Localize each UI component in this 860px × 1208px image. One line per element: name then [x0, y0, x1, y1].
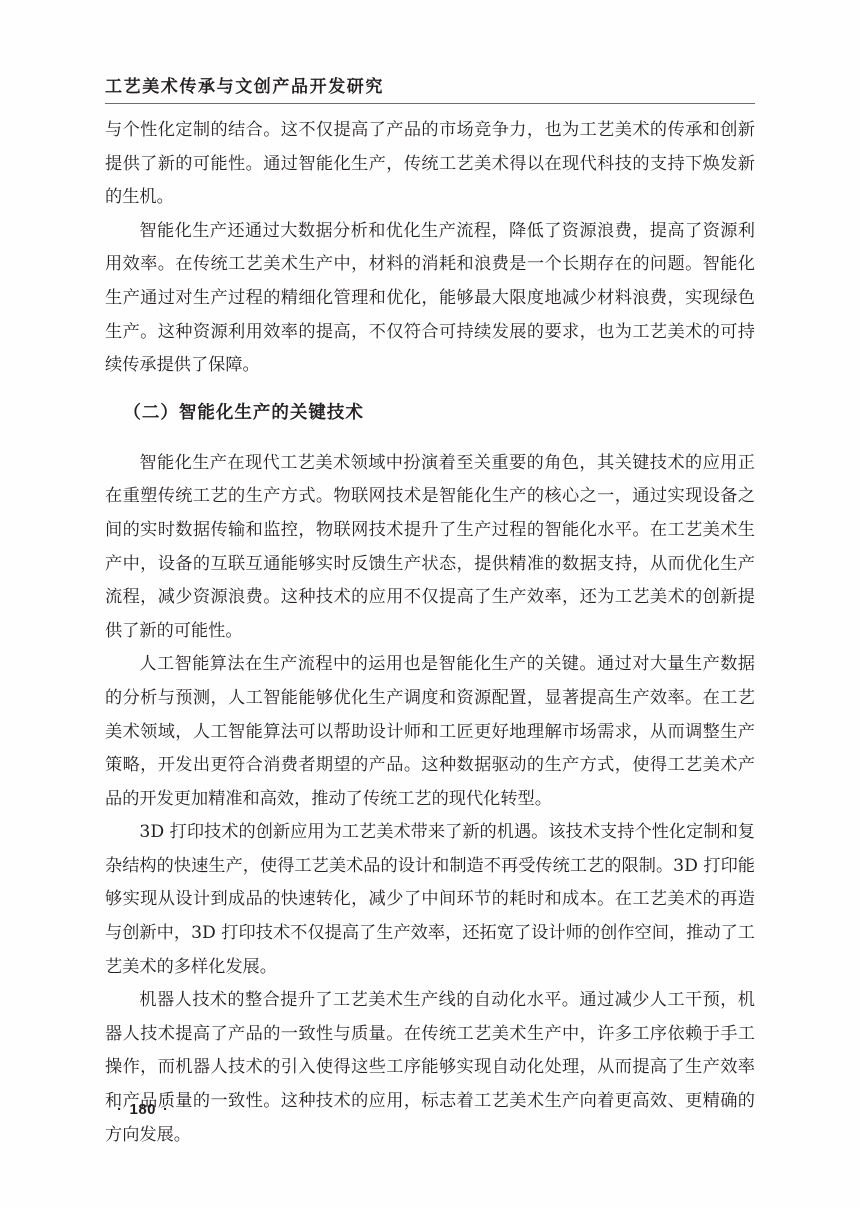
paragraph-continued: 与个性化定制的结合。这不仅提高了产品的市场竞争力，也为工艺美术的传承和创新提供了… [105, 114, 755, 215]
running-head: 工艺美术传承与文创产品开发研究 [105, 72, 384, 97]
book-page: 工艺美术传承与文创产品开发研究 与个性化定制的结合。这不仅提高了产品的市场竞争力… [0, 0, 860, 1208]
folio-ornament-left: · [110, 1101, 130, 1118]
header-rule [105, 103, 755, 104]
paragraph: 人工智能算法在生产流程中的运用也是智能化生产的关键。通过对大量生产数据的分析与预… [105, 648, 755, 816]
paragraph: 智能化生产还通过大数据分析和优化生产流程，降低了资源浪费，提高了资源利用效率。在… [105, 215, 755, 383]
folio-ornament-right: · [156, 1101, 176, 1118]
page-number-footer: ·180· [110, 1101, 176, 1118]
section-heading: （二）智能化生产的关键技术 [105, 397, 755, 429]
body-text: 与个性化定制的结合。这不仅提高了产品的市场竞争力，也为工艺美术的传承和创新提供了… [105, 114, 755, 1152]
paragraph: 智能化生产在现代工艺美术领域中扮演着至关重要的角色，其关键技术的应用正在重塑传统… [105, 447, 755, 649]
page-number: 180 [130, 1101, 157, 1118]
paragraph: 机器人技术的整合提升了工艺美术生产线的自动化水平。通过减少人工干预，机器人技术提… [105, 984, 755, 1152]
paragraph: 3D 打印技术的创新应用为工艺美术带来了新的机遇。该技术支持个性化定制和复杂结构… [105, 816, 755, 984]
